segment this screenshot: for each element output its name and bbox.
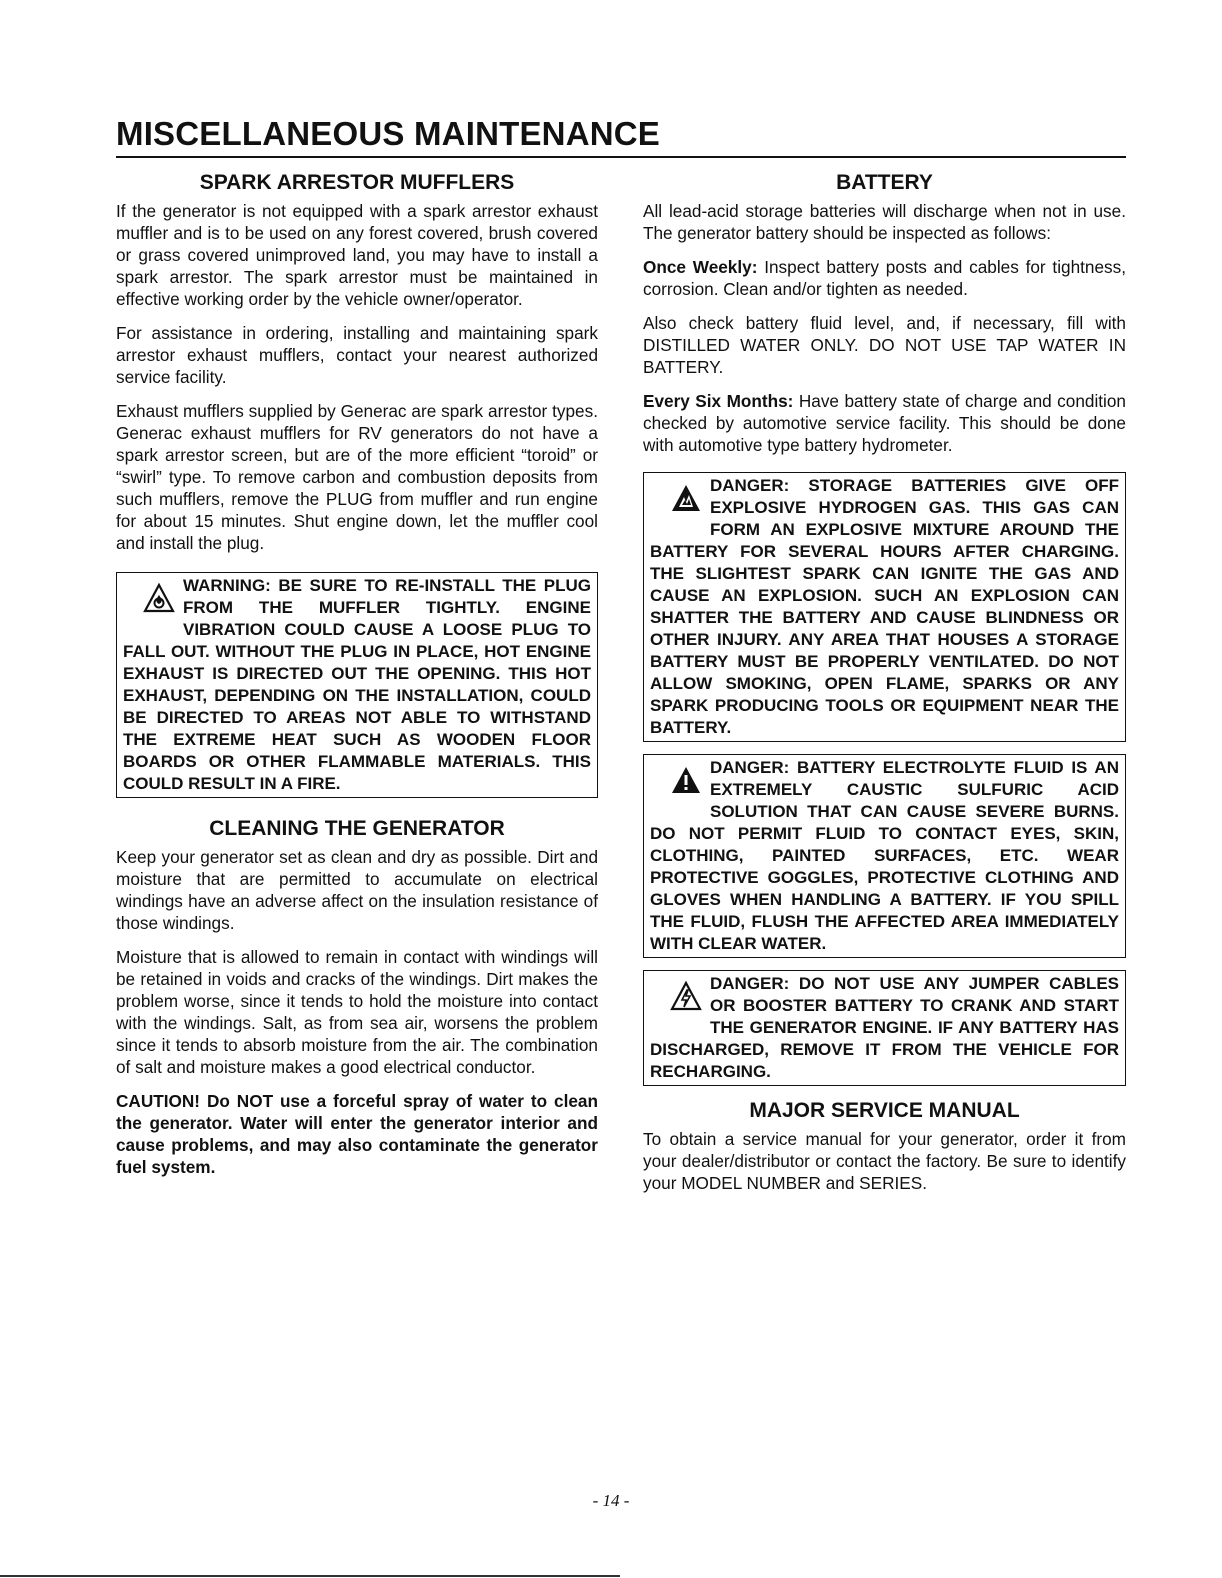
jumper-cable-danger-box: DANGER: DO NOT USE ANY JUMPER CABLES OR … [643, 970, 1126, 1086]
bottom-divider [0, 1575, 620, 1577]
danger-text: DANGER: STORAGE BATTERIES GIVE OFF EXPLO… [650, 476, 1119, 737]
spark-arrestor-paragraph-2: For assistance in ordering, installing a… [116, 322, 598, 388]
electrolyte-danger-box: DANGER: BATTERY ELECTROLYTE FLUID IS AN … [643, 754, 1126, 958]
cleaning-section: CLEANING THE GENERATOR Keep your generat… [116, 816, 598, 1178]
muffler-plug-warning-box: WARNING: BE SURE TO RE-INSTALL THE PLUG … [116, 572, 598, 798]
page-title: MISCELLANEOUS MAINTENANCE [116, 114, 660, 154]
weekly-inspection-paragraph: Once Weekly: Inspect battery posts and c… [643, 256, 1126, 300]
service-manual-paragraph: To obtain a service manual for your gene… [643, 1128, 1126, 1194]
warning-text: WARNING: BE SURE TO RE-INSTALL THE PLUG … [123, 576, 591, 793]
cleaning-paragraph-1: Keep your generator set as clean and dry… [116, 846, 598, 934]
explosion-warning-triangle-icon [670, 479, 702, 521]
title-divider [116, 156, 1126, 158]
fire-warning-triangle-icon [143, 579, 175, 621]
hydrogen-gas-danger-box: DANGER: STORAGE BATTERIES GIVE OFF EXPLO… [643, 472, 1126, 742]
six-month-paragraph: Every Six Months: Have battery state of … [643, 390, 1126, 456]
right-column: BATTERY All lead-acid storage batteries … [643, 166, 1126, 1206]
exclamation-warning-triangle-icon [670, 761, 702, 803]
spark-arrestor-heading: SPARK ARRESTOR MUFFLERS [116, 170, 598, 196]
battery-fluid-paragraph: Also check battery fluid level, and, if … [643, 312, 1126, 378]
battery-heading: BATTERY [643, 170, 1126, 196]
cleaning-paragraph-2: Moisture that is allowed to remain in co… [116, 946, 598, 1078]
page-number: - 14 - [0, 1491, 1222, 1511]
danger-text: DANGER: DO NOT USE ANY JUMPER CABLES OR … [650, 974, 1119, 1081]
caution-paragraph: CAUTION! Do NOT use a forceful spray of … [116, 1090, 598, 1178]
weekly-label: Once Weekly: [643, 257, 757, 277]
six-month-label: Every Six Months: [643, 391, 793, 411]
spark-arrestor-paragraph-1: If the generator is not equipped with a … [116, 200, 598, 310]
battery-section: BATTERY All lead-acid storage batteries … [643, 170, 1126, 1086]
spark-arrestor-paragraph-3: Exhaust mufflers supplied by Generac are… [116, 400, 598, 554]
service-manual-section: MAJOR SERVICE MANUAL To obtain a service… [643, 1098, 1126, 1194]
left-column: SPARK ARRESTOR MUFFLERS If the generator… [116, 166, 598, 1190]
service-manual-heading: MAJOR SERVICE MANUAL [643, 1098, 1126, 1124]
electric-shock-warning-triangle-icon [670, 977, 702, 1019]
danger-text: DANGER: BATTERY ELECTROLYTE FLUID IS AN … [650, 758, 1119, 953]
cleaning-heading: CLEANING THE GENERATOR [116, 816, 598, 842]
battery-paragraph-1: All lead-acid storage batteries will dis… [643, 200, 1126, 244]
spark-arrestor-section: SPARK ARRESTOR MUFFLERS If the generator… [116, 170, 598, 798]
